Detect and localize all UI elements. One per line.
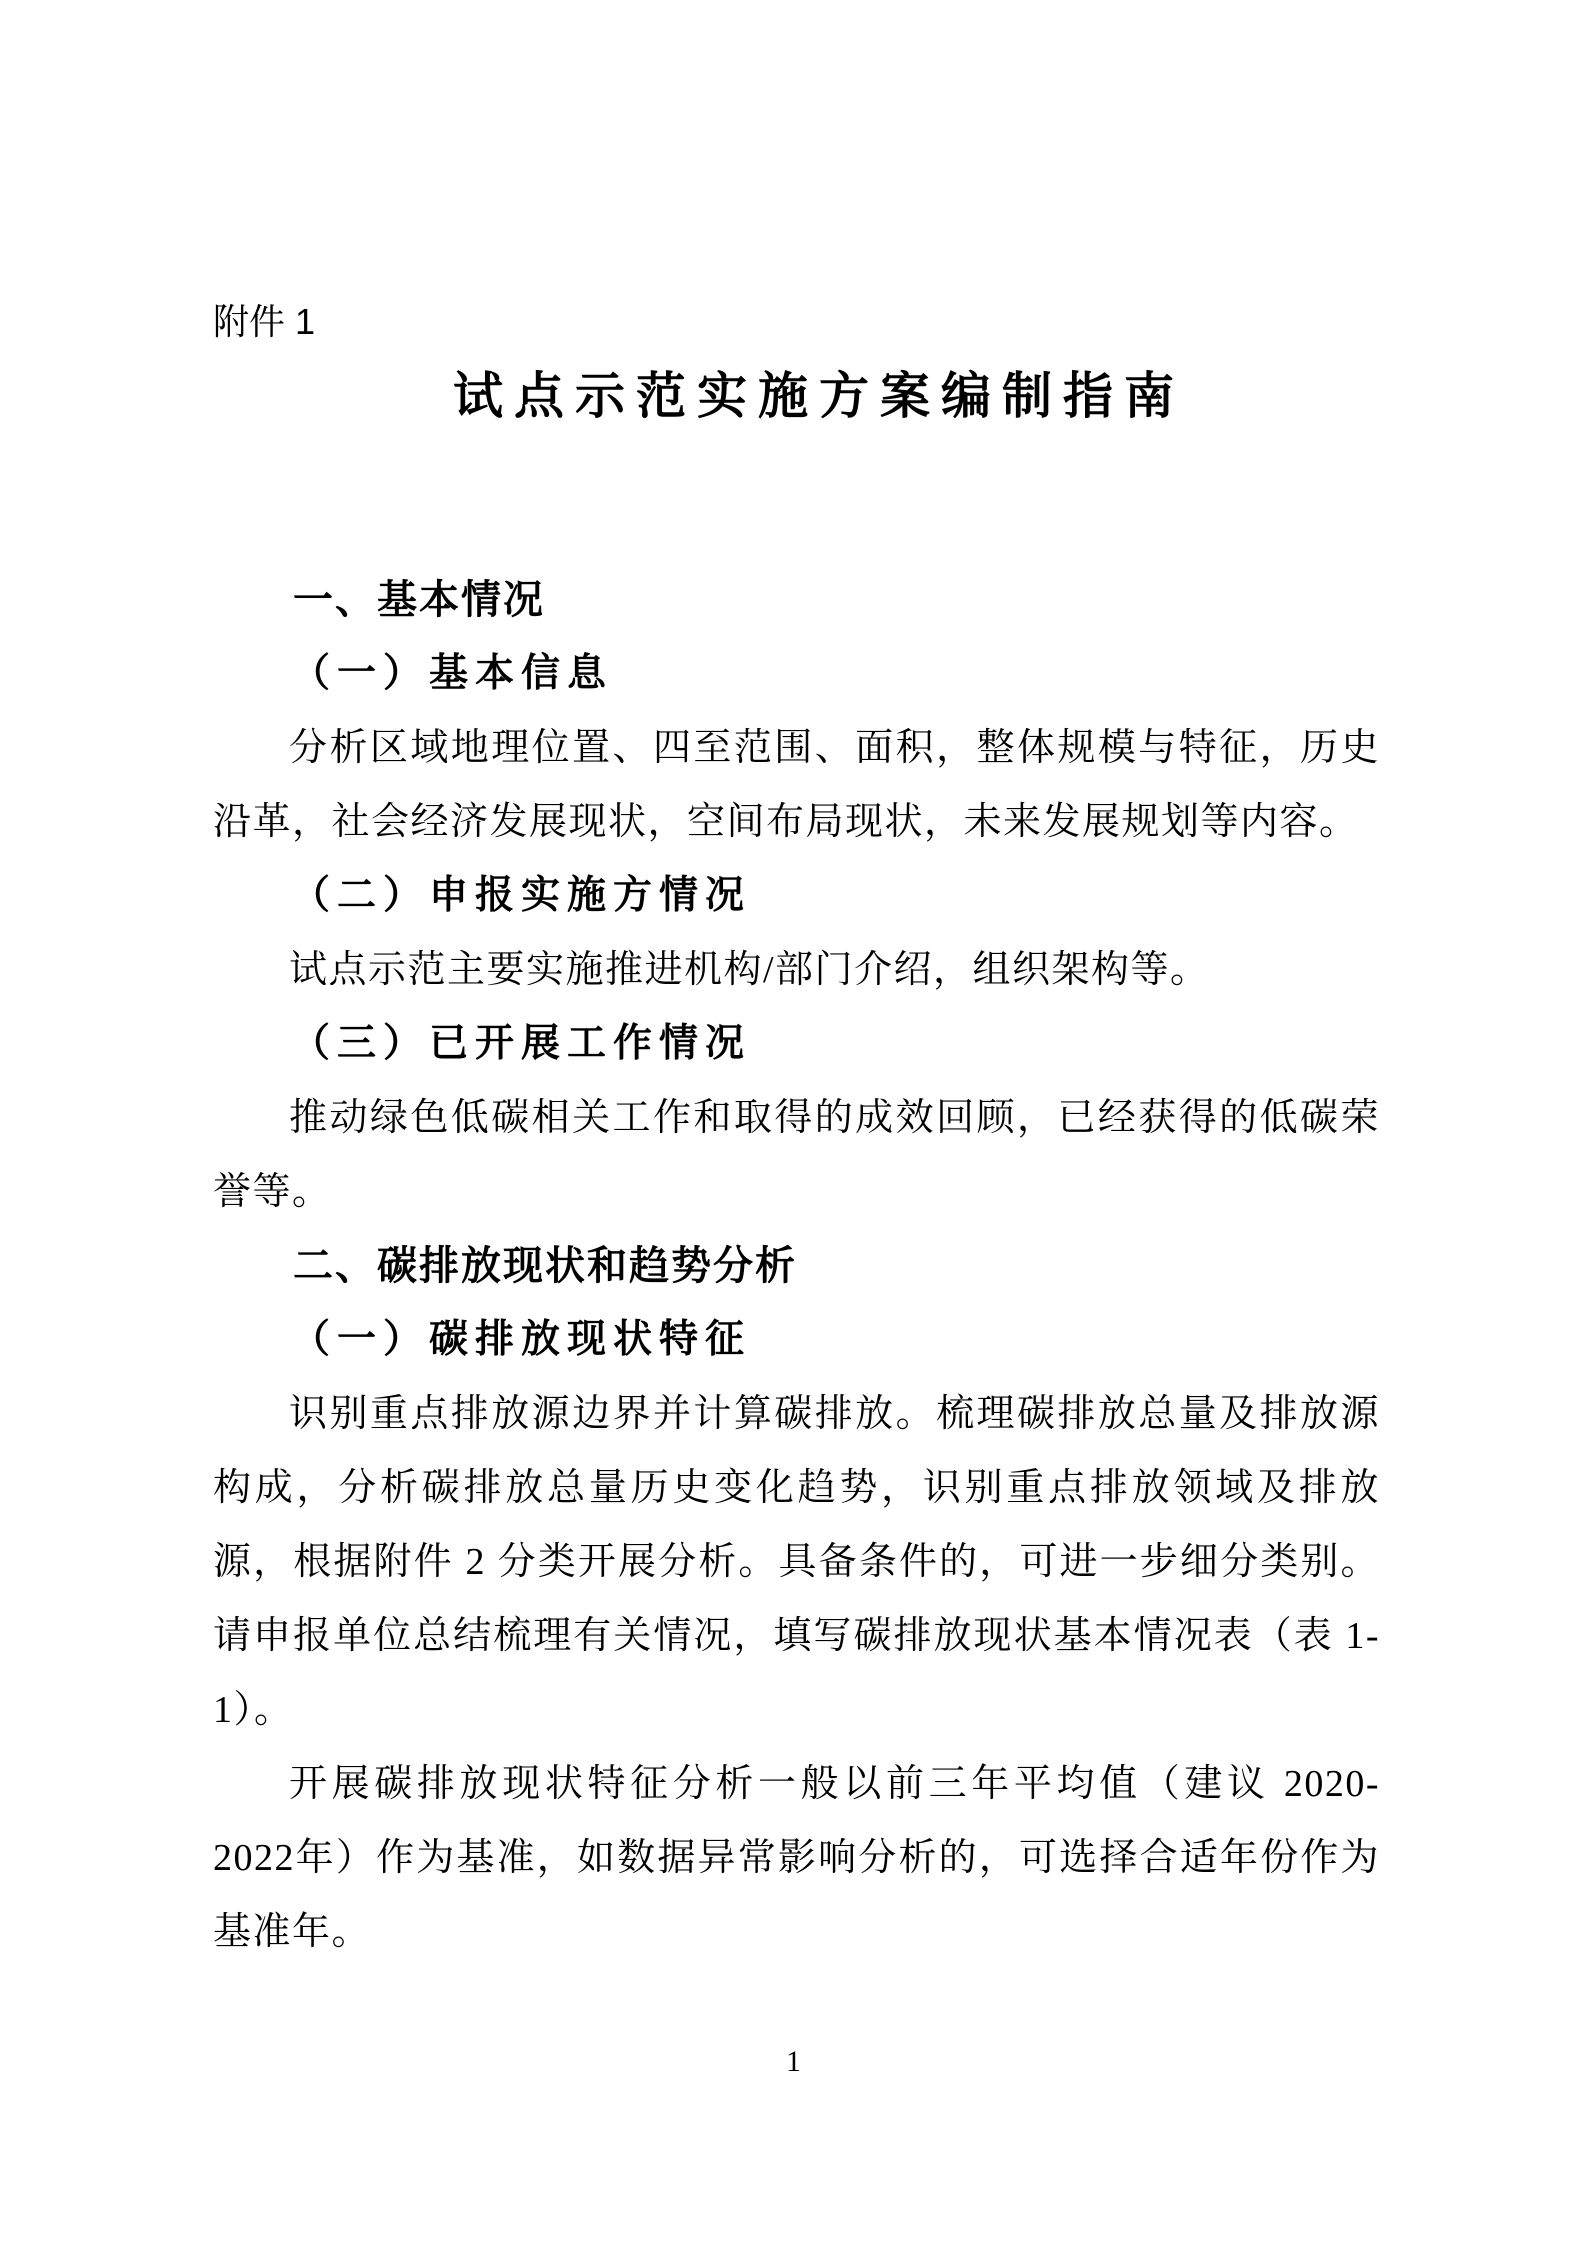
section-basic-situation: 一、基本情况 （一）基本信息 分析区域地理位置、四至范围、面积，整体规模与特征，… <box>213 563 1380 1229</box>
section-heading-basic-situation: 一、基本情况 <box>213 563 1380 637</box>
section-carbon-emission-analysis: 二、碳排放现状和趋势分析 （一）碳排放现状特征 识别重点排放源边界并计算碳排放。… <box>213 1229 1380 1969</box>
paragraph-emission-status-2: 开展碳排放现状特征分析一般以前三年平均值（建议 2020-2022年）作为基准，… <box>213 1747 1380 1969</box>
document-page: 附件 1 试点示范实施方案编制指南 一、基本情况 （一）基本信息 分析区域地理位… <box>0 0 1587 2245</box>
section-heading-carbon-emission-analysis: 二、碳排放现状和趋势分析 <box>213 1229 1380 1303</box>
subsection-heading-basic-info: （一）基本信息 <box>213 637 1380 711</box>
subsection-heading-emission-status: （一）碳排放现状特征 <box>213 1303 1380 1377</box>
subsection-heading-completed-work: （三）已开展工作情况 <box>213 1007 1380 1081</box>
paragraph-completed-work: 推动绿色低碳相关工作和取得的成效回顾，已经获得的低碳荣誉等。 <box>213 1081 1380 1229</box>
attachment-label: 附件 1 <box>213 285 1380 359</box>
document-title: 试点示范实施方案编制指南 <box>213 359 1380 433</box>
paragraph-basic-info: 分析区域地理位置、四至范围、面积，整体规模与特征，历史沿革，社会经济发展现状，空… <box>213 711 1380 859</box>
subsection-heading-applicant-info: （二）申报实施方情况 <box>213 859 1380 933</box>
paragraph-applicant-info: 试点示范主要实施推进机构/部门介绍，组织架构等。 <box>213 933 1380 1007</box>
page-number: 1 <box>0 2042 1587 2082</box>
paragraph-emission-status-1: 识别重点排放源边界并计算碳排放。梳理碳排放总量及排放源构成，分析碳排放总量历史变… <box>213 1377 1380 1747</box>
